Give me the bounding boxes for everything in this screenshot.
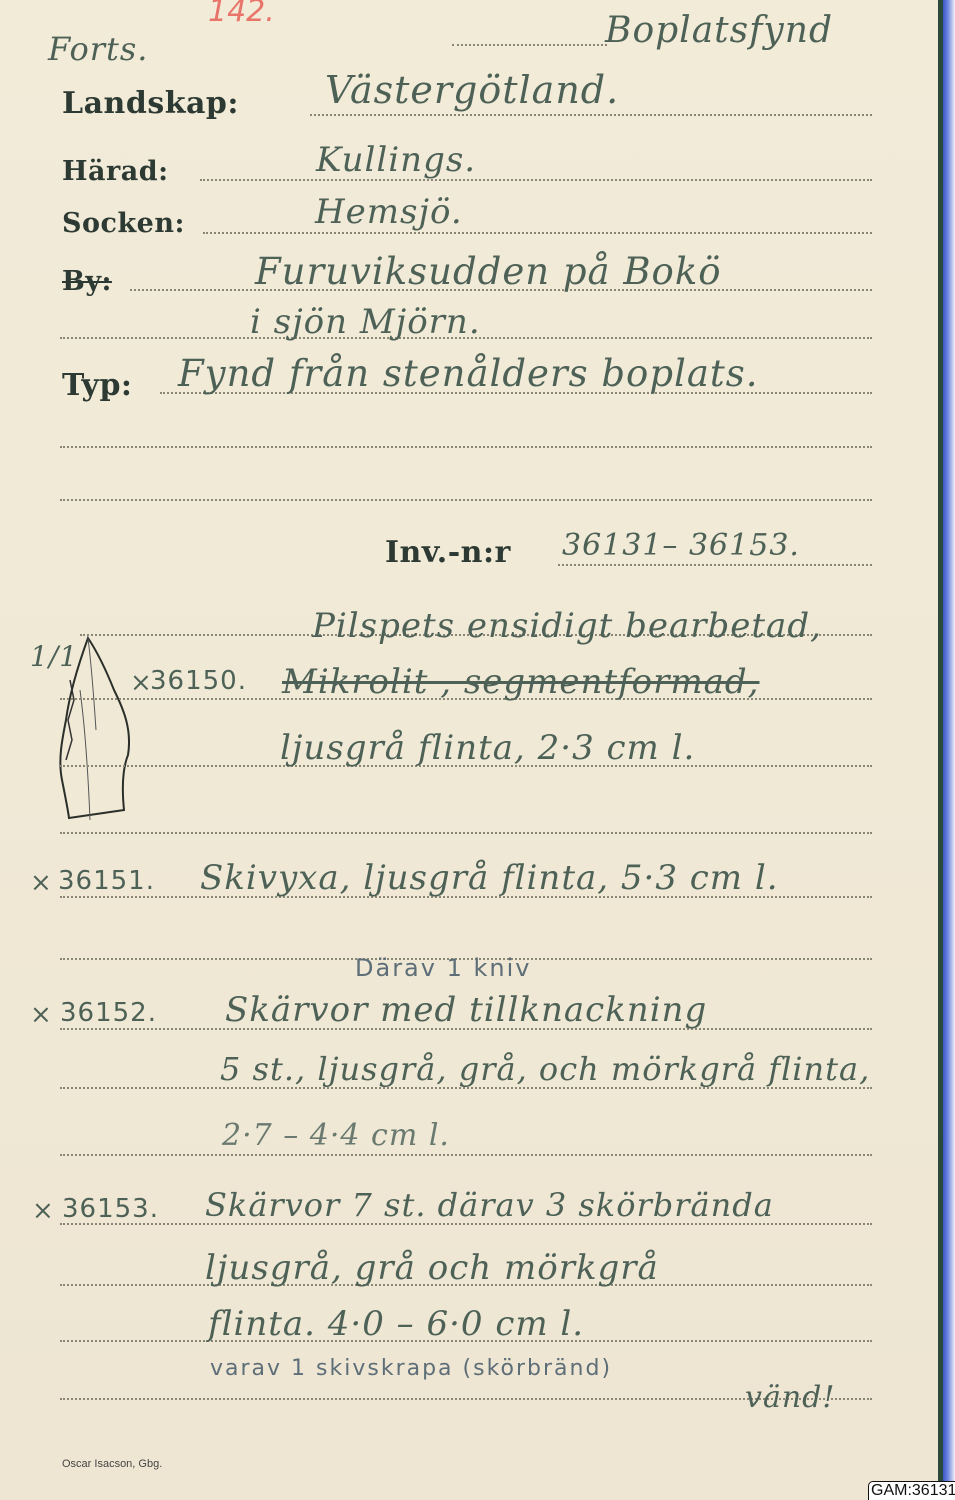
entry-36152-mark: ×: [30, 1000, 53, 1030]
field-value-socken: Hemsjö.: [315, 192, 463, 232]
dotted-line: [60, 446, 872, 448]
entry-36153-number: 36153.: [62, 1194, 159, 1224]
entry-36152-line-3: 2·7 – 4·4 cm l.: [222, 1118, 450, 1153]
entry-36152-annotation: Därav 1 kniv: [355, 954, 531, 982]
entry-36150-line-3: ljusgrå flinta, 2·3 cm l.: [280, 728, 695, 768]
entry-36150-number: 36150.: [150, 666, 247, 696]
entry-36153-annotation: varav 1 skivskrapa (skörbränd): [210, 1356, 612, 1381]
dotted-line: [200, 179, 872, 181]
category-label: Boplatsfynd: [605, 10, 833, 51]
field-value-typ: Fynd från stenålders boplats.: [178, 352, 759, 395]
entry-36151-mark: ×: [30, 868, 53, 898]
catalog-id-label: GAM:36131: [868, 1481, 955, 1500]
field-label-landskap: Landskap:: [62, 86, 239, 121]
dotted-line: [310, 114, 872, 116]
inventory-range: 36131– 36153.: [562, 528, 800, 563]
entry-36153-line-2: ljusgrå, grå och mörkgrå: [205, 1248, 659, 1288]
field-label-harad: Härad:: [62, 156, 169, 187]
field-value-by: Furuviksudden på Bokö: [255, 250, 722, 293]
field-value-by-cont: i sjön Mjörn.: [250, 302, 481, 342]
dotted-line: [60, 499, 872, 501]
catalog-card: 142. Forts. Boplatsfynd Landskap: Väster…: [0, 0, 940, 1500]
entry-36153-line-1: Skärvor 7 st. därav 3 skörbrända: [205, 1186, 774, 1224]
entry-36152-line-1: Skärvor med tillknackning: [225, 990, 707, 1030]
field-label-by: By:: [62, 266, 112, 297]
field-value-harad: Kullings.: [316, 140, 476, 180]
turn-over-note: vänd!: [745, 1380, 835, 1415]
entry-36153-line-3: flinta. 4·0 – 6·0 cm l.: [208, 1304, 584, 1344]
entry-36151-number: 36151.: [58, 866, 155, 896]
entry-36153-mark: ×: [32, 1196, 55, 1226]
continuation-note: Forts.: [48, 30, 148, 68]
page-number: 142.: [208, 0, 275, 29]
card-edge-blue: [943, 0, 955, 1500]
inventory-label: Inv.-n:r: [385, 535, 511, 570]
entry-36152-line-2: 5 st., ljusgrå, grå, och mörkgrå flinta,: [220, 1050, 870, 1088]
entry-36151-line-1: Skivyxa, ljusgrå flinta, 5·3 cm l.: [200, 858, 779, 898]
field-value-landskap: Västergötland.: [325, 68, 619, 112]
dotted-line: [558, 564, 872, 566]
field-label-socken: Socken:: [62, 208, 185, 239]
arrowhead-sketch: [40, 630, 130, 830]
field-label-typ: Typ:: [62, 368, 133, 403]
dotted-line: [60, 1154, 872, 1156]
entry-36150-line-2-struck: Mikrolit , segmentformad,: [282, 662, 760, 702]
dotted-line: [452, 44, 607, 46]
printer-imprint: Oscar Isacson, Gbg.: [62, 1458, 162, 1470]
entry-36152-number: 36152.: [60, 998, 157, 1028]
entry-36150-line-1: Pilspets ensidigt bearbetad,: [312, 606, 822, 646]
dotted-line: [60, 832, 872, 834]
dotted-line: [203, 232, 872, 234]
